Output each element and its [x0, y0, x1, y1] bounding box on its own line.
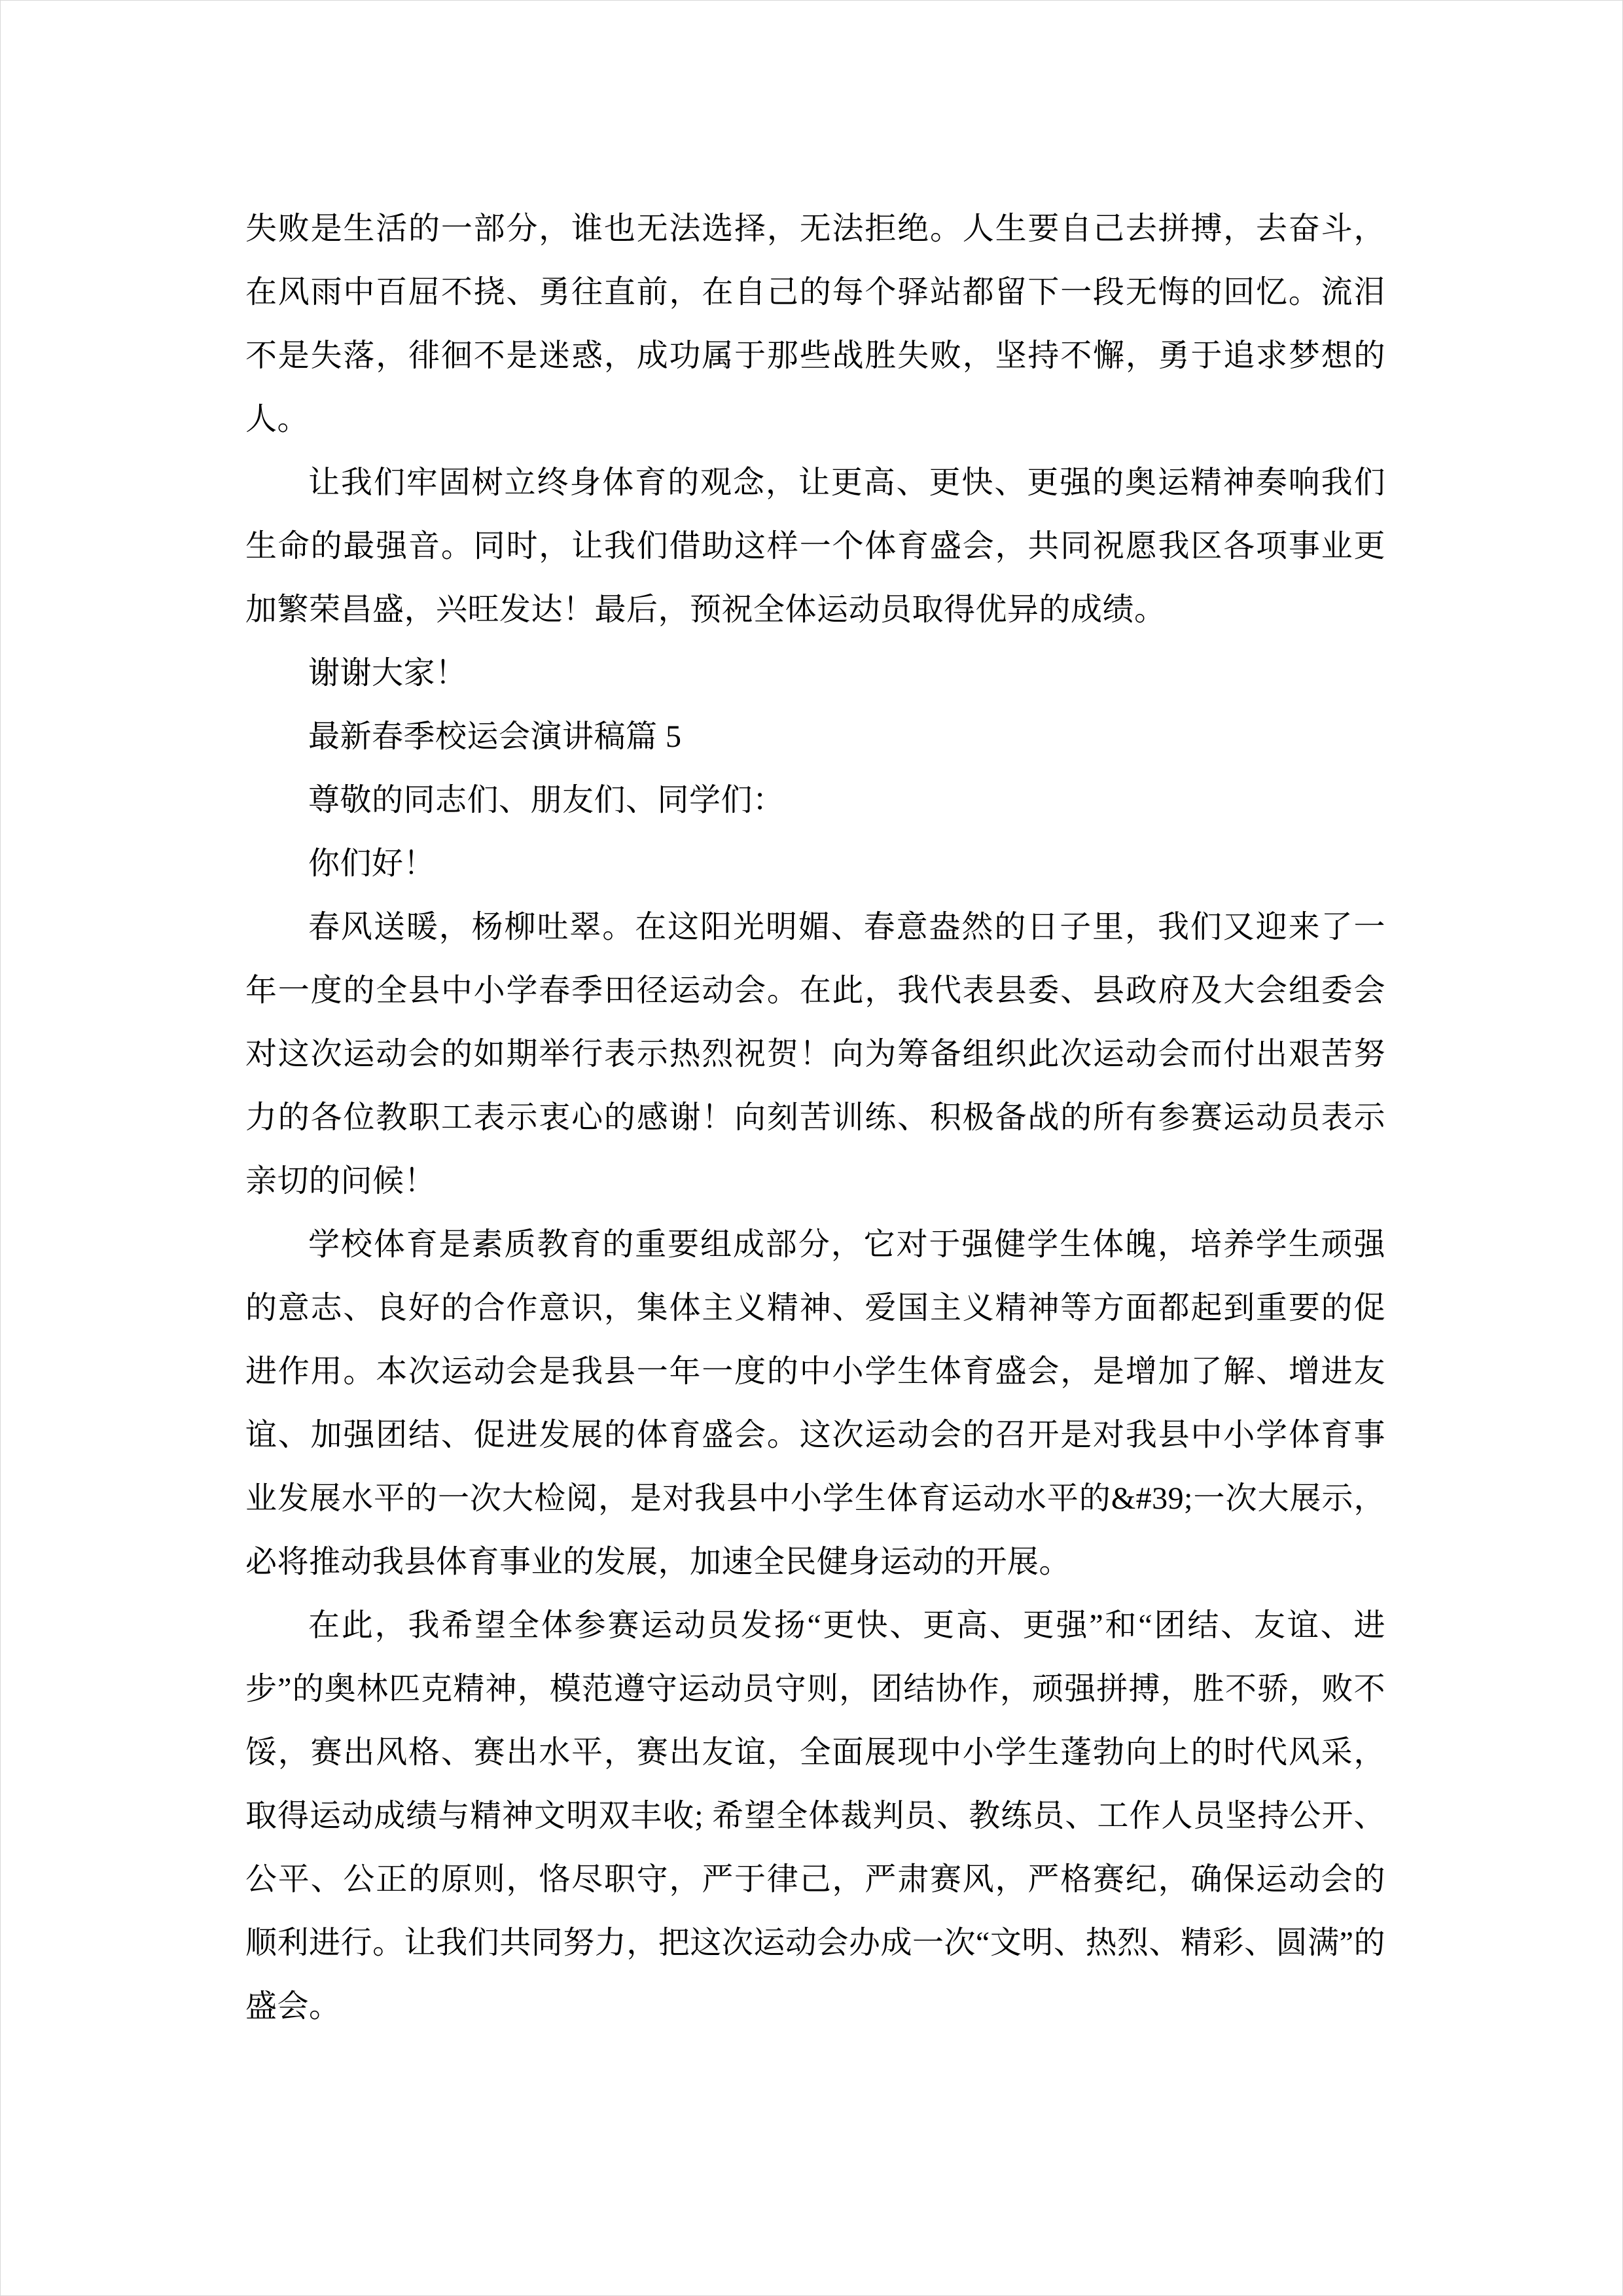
paragraph: 让我们牢固树立终身体育的观念，让更高、更快、更强的奥运精神奏响我们生命的最强音。… [245, 451, 1385, 641]
paragraph: 在此，我希望全体参赛运动员发扬“更快、更高、更强”和“团结、友谊、进步”的奥林匹… [245, 1594, 1385, 2038]
speech-text-block: 失败是生活的一部分，谁也无法选择，无法拒绝。人生要自己去拼搏，去奋斗，在风雨中百… [245, 197, 1385, 2038]
paragraph: 失败是生活的一部分，谁也无法选择，无法拒绝。人生要自己去拼搏，去奋斗，在风雨中百… [245, 197, 1385, 451]
paragraph: 谢谢大家！ [245, 641, 1385, 705]
document-page: 失败是生活的一部分，谁也无法选择，无法拒绝。人生要自己去拼搏，去奋斗，在风雨中百… [245, 197, 1385, 2038]
paragraph: 学校体育是素质教育的重要组成部分，它对于强健学生体魄，培养学生顽强的意志、良好的… [245, 1213, 1385, 1594]
paragraph: 尊敬的同志们、朋友们、同学们： [245, 768, 1385, 832]
paragraph: 你们好！ [245, 832, 1385, 895]
document-canvas: { "page": { "background": "#ffffff", "te… [0, 0, 1623, 2296]
paragraph: 最新春季校运会演讲稿篇 5 [245, 705, 1385, 768]
paragraph: 春风送暖，杨柳吐翠。在这阳光明媚、春意盎然的日子里，我们又迎来了一年一度的全县中… [245, 895, 1385, 1213]
